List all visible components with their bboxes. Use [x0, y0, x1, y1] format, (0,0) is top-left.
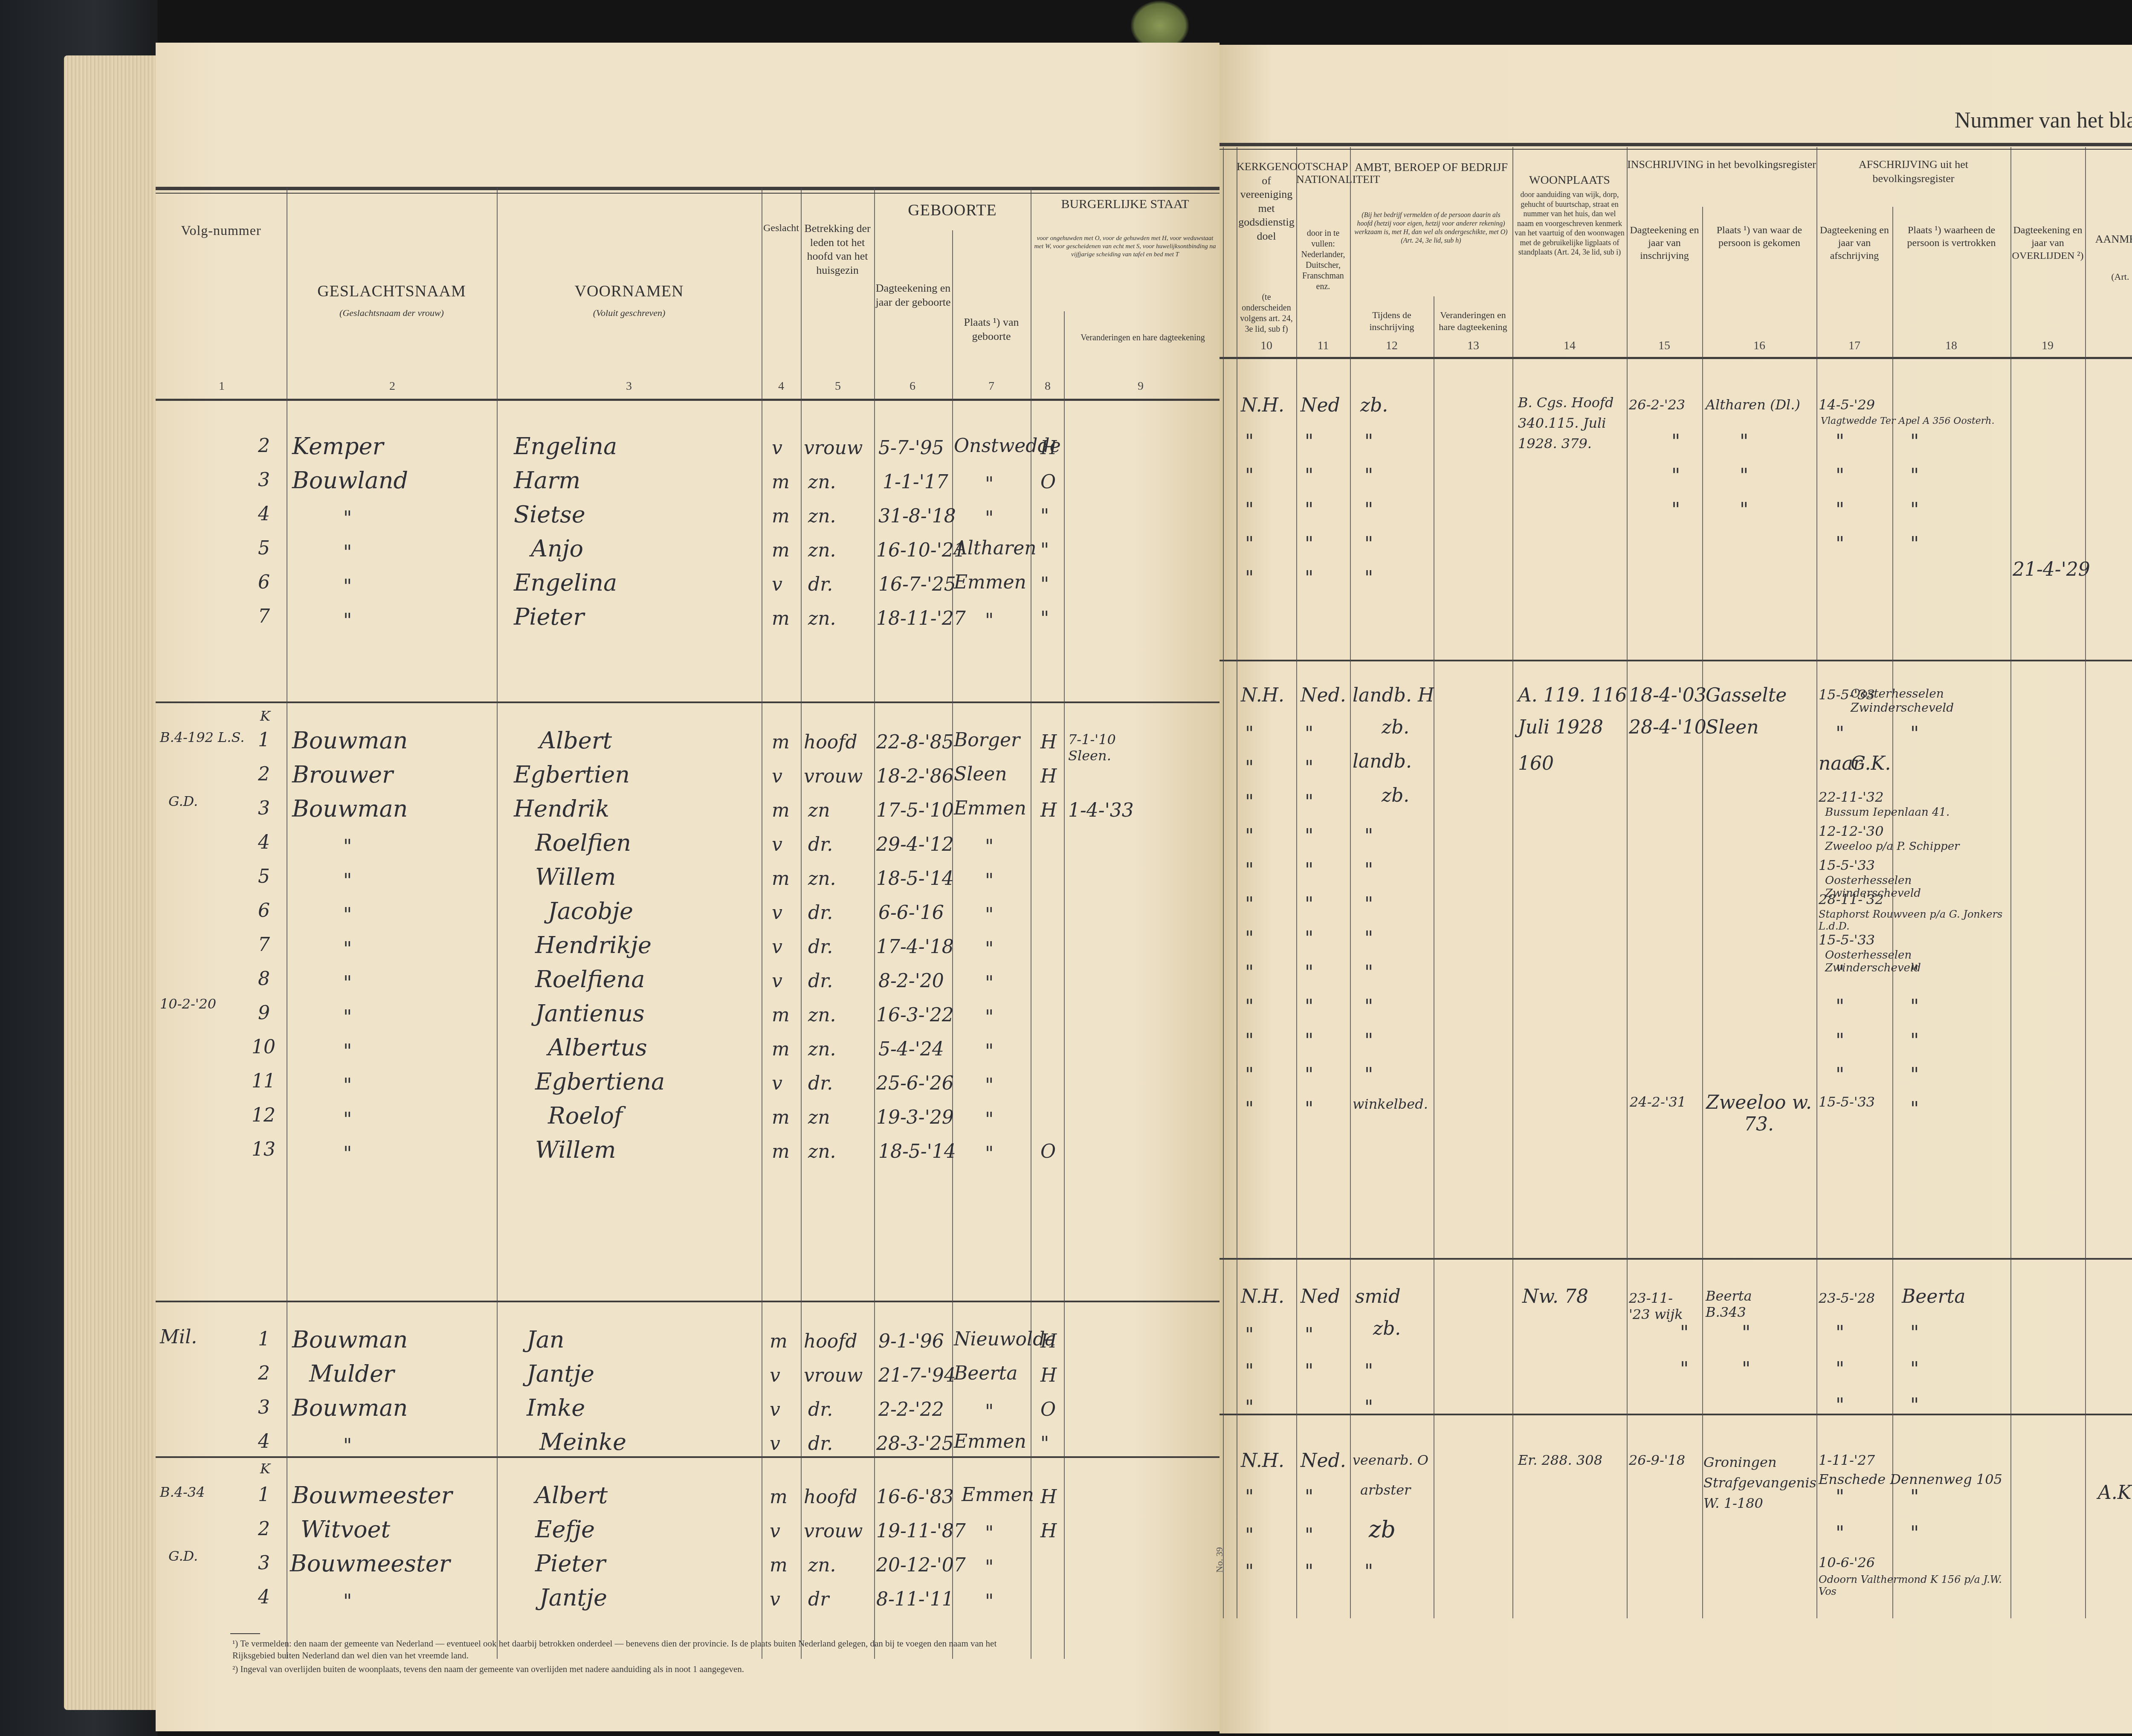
col-number: 5	[821, 380, 855, 393]
nationality: "	[1305, 1098, 1313, 1120]
header-top-rule	[1220, 143, 2132, 146]
header-group-ambt: AMBT, BEROEP OF BEDRIJF	[1350, 160, 1512, 175]
afschrijving-to: "	[1910, 1098, 1919, 1120]
birth-date: 2-2-'22	[878, 1399, 944, 1420]
occupation: zb	[1369, 1516, 1396, 1543]
sex: m	[772, 731, 790, 753]
relation: zn.	[808, 1554, 836, 1576]
relation: vrouw	[804, 1365, 863, 1386]
family-marker: K	[260, 708, 270, 724]
nationality: Ned	[1301, 1286, 1340, 1307]
header-col-20-sub: (Art. 24, 5e lid)	[2085, 271, 2132, 283]
death-column-note: A.K.	[2098, 1482, 2132, 1504]
nationality: "	[1305, 996, 1313, 1017]
occupation: "	[1364, 962, 1373, 983]
sex: v	[770, 1520, 780, 1542]
civil-status: H	[1040, 437, 1057, 459]
col-number: 11	[1306, 339, 1340, 353]
relation: dr.	[808, 902, 833, 924]
header-col-2: GESLACHTSNAAM	[287, 281, 497, 302]
church: "	[1245, 859, 1254, 881]
afschrijving-date: "	[1836, 1486, 1844, 1508]
nationality: "	[1305, 1524, 1313, 1546]
birth-date: 31-8-'18	[878, 505, 956, 527]
occupation: "	[1364, 825, 1373, 847]
col-divider	[1296, 147, 1297, 1618]
church: "	[1245, 1486, 1254, 1508]
col-number: 15	[1647, 339, 1681, 353]
address: B. Cgs. Hoofd 340.115. Juli 1928. 379.	[1518, 392, 1622, 454]
nationality: "	[1305, 859, 1313, 881]
afschrijving-to: "	[1910, 1522, 1919, 1544]
row-number: 8	[258, 968, 270, 990]
col-divider	[1434, 296, 1434, 1618]
inschrijving-from: "	[1740, 465, 1748, 487]
col-number: 19	[2031, 339, 2065, 353]
surname: "	[343, 542, 352, 563]
relation: dr.	[808, 1433, 833, 1455]
inschrijving-date: 26-9-'18	[1629, 1452, 1685, 1468]
occupation: "	[1364, 1064, 1373, 1086]
surname: "	[343, 1109, 352, 1130]
margin-note: B.4-34	[160, 1484, 205, 1500]
occupation: zb.	[1360, 394, 1388, 416]
inschrijving-date: "	[1671, 465, 1680, 487]
relation: dr	[808, 1588, 829, 1610]
row-number: 1	[258, 1484, 270, 1506]
occupation: arbster	[1360, 1482, 1411, 1498]
header-col-4: Geslacht	[762, 222, 801, 235]
church: "	[1245, 465, 1254, 487]
nationality: "	[1305, 1064, 1313, 1086]
relation: zn.	[808, 505, 836, 527]
header-col-6: Dagteekening en jaar der geboorte	[874, 281, 952, 309]
inschrijving-date: "	[1680, 1358, 1689, 1380]
nationality: "	[1305, 1561, 1313, 1582]
sex: v	[772, 765, 782, 787]
relation: dr.	[808, 834, 833, 855]
col-number: 7	[974, 380, 1008, 393]
birth-place: "	[985, 870, 994, 892]
birth-date: 16-10-'21	[876, 539, 966, 561]
afschrijving-to: "	[1910, 962, 1919, 983]
row-number: 4	[258, 503, 270, 525]
margin-note: G.D.	[168, 1548, 198, 1564]
sex: m	[772, 868, 790, 890]
row-number: 3	[258, 469, 270, 491]
birth-date: 16-3-'22	[876, 1004, 954, 1026]
header-top-rule-thin	[156, 193, 1220, 194]
given-names: Egbertien	[514, 761, 630, 788]
nationality: "	[1305, 1486, 1313, 1508]
inschrijving-from: "	[1742, 1358, 1750, 1380]
relation: dr.	[808, 1072, 833, 1094]
footnote-2: ²) Ingeval van overlijden buiten de woon…	[232, 1663, 1000, 1675]
church: "	[1245, 1064, 1254, 1086]
col-divider	[1816, 147, 1817, 1618]
civil-status: "	[1040, 608, 1049, 629]
occupation: "	[1364, 533, 1373, 555]
given-names: Eefje	[535, 1516, 595, 1543]
afschrijving-to: "	[1910, 533, 1919, 555]
row-number: 4	[258, 1586, 270, 1608]
relation: dr.	[808, 970, 833, 992]
relation: dr.	[808, 574, 833, 595]
header-col-16: Plaats ¹) van waar de persoon is gekomen	[1702, 224, 1816, 249]
address: Juli 1928	[1518, 716, 1603, 738]
given-names: Albertus	[548, 1034, 647, 1061]
row-number: 7	[258, 934, 270, 956]
sex: m	[772, 1038, 790, 1060]
page-number-label: Nummer van het blad	[1923, 107, 2132, 134]
nationality: "	[1305, 567, 1313, 589]
row-number: 9	[258, 1002, 270, 1024]
row-number: 12	[252, 1104, 275, 1126]
family-marker: K	[260, 1461, 270, 1477]
right-page: Nummer van het blad KERKGENOOTSCHAP of v…	[1220, 45, 2132, 1733]
sex: v	[770, 1365, 780, 1386]
occupation: zb.	[1382, 716, 1409, 738]
row-number: 5	[258, 866, 270, 887]
birth-date: 20-12-'07	[876, 1554, 966, 1576]
surname: "	[343, 1591, 352, 1612]
church: "	[1245, 757, 1254, 779]
inschrijving-date: "	[1680, 1322, 1689, 1344]
given-names: Jantje	[527, 1360, 594, 1387]
given-names: Engelina	[514, 569, 617, 596]
row-number: 4	[258, 832, 270, 853]
given-names: Jan	[527, 1326, 565, 1353]
page-stamp: No. 39	[1214, 1547, 1225, 1573]
sex: m	[772, 800, 790, 821]
nationality: "	[1305, 723, 1313, 745]
inschrijving-date: 23-11-'23 wijk	[1629, 1290, 1684, 1322]
nationality: "	[1305, 757, 1313, 779]
household-separator-2	[156, 1301, 1220, 1302]
civil-status: O	[1040, 1399, 1056, 1420]
inschrijving-from: Zweeloo w. 73.	[1706, 1092, 1812, 1135]
surname: "	[343, 576, 352, 597]
civil-status-change: 7-1-'10 Sleen.	[1068, 731, 1132, 764]
header-col-11: NATIONALITEIT	[1296, 173, 1350, 187]
birth-date: 19-11-'87	[876, 1520, 966, 1542]
nationality: Ned	[1301, 394, 1340, 416]
col-number: 8	[1031, 380, 1065, 393]
afschrijving-date: "	[1836, 723, 1844, 745]
col-divider	[2085, 147, 2086, 1618]
header-burgerlijke-staat-note: voor ongehuwden met O, voor de gehuwden …	[1032, 235, 1218, 258]
header-bottom-rule	[156, 399, 1220, 401]
sex: m	[772, 539, 790, 561]
church: "	[1245, 1360, 1254, 1382]
afschrijving-to: Odoorn Valthermond K 156 p/a J.W. Vos	[1819, 1574, 2019, 1597]
surname: Bouwland	[292, 467, 408, 494]
margin-note: B.4-192 L.S.	[160, 729, 244, 745]
occupation: "	[1364, 567, 1373, 589]
row-number: 3	[258, 1397, 270, 1418]
inschrijving-from: "	[1740, 431, 1748, 452]
col-number: 12	[1375, 339, 1409, 353]
surname: Brouwer	[292, 761, 393, 788]
birth-place: "	[985, 1556, 994, 1578]
afschrijving-to: "	[1910, 1394, 1919, 1416]
surname: Bouwmeester	[290, 1550, 450, 1577]
inschrijving-from: Gasselte	[1706, 684, 1787, 706]
col-divider	[801, 188, 802, 1659]
birth-date: 5-7-'95	[878, 437, 944, 459]
surname: "	[343, 1006, 352, 1028]
header-col-9: Veranderingen en hare dagteekening	[1068, 333, 1217, 343]
given-names: Jacobje	[548, 898, 633, 925]
inschrijving-date: 24-2-'31	[1630, 1094, 1686, 1110]
given-names: Albert	[535, 1482, 608, 1509]
birth-place: Emmen	[954, 1431, 1026, 1452]
header-col-11-sub: door in te vullen: Nederlander, Duitsche…	[1296, 228, 1350, 292]
nationality: "	[1305, 927, 1313, 949]
afschrijving-date: "	[1836, 1030, 1844, 1052]
birth-place: Beerta	[954, 1362, 1017, 1384]
afschrijving-date: "	[1836, 1394, 1844, 1416]
surname: Bouwman	[292, 795, 408, 822]
header-col-3-sub: (Voluit geschreven)	[497, 307, 762, 319]
inschrijving-from: Groningen Strafgevangenis W. 1-180	[1703, 1452, 1814, 1513]
birth-place: "	[985, 610, 994, 632]
sex: v	[772, 1072, 782, 1094]
surname: "	[343, 610, 352, 632]
civil-status: H	[1040, 800, 1057, 821]
header-col-15: Dagteekening en jaar van inschrijving	[1627, 224, 1702, 262]
afschrijving-date: 12-12-'30	[1819, 823, 1884, 839]
civil-status: "	[1040, 505, 1049, 527]
col-number: 16	[1742, 339, 1776, 353]
col-divider	[1702, 207, 1703, 1618]
afschrijving-date: "	[1836, 1522, 1844, 1544]
birth-place: "	[985, 972, 994, 994]
row-number: 5	[258, 537, 270, 559]
nationality: Ned.	[1301, 684, 1346, 706]
birth-place: "	[985, 1591, 994, 1612]
church: "	[1245, 962, 1254, 983]
col-number: 13	[1456, 339, 1490, 353]
birth-date: 28-3-'25	[876, 1433, 954, 1455]
occupation: landb.	[1353, 751, 1412, 772]
surname: Kemper	[292, 433, 383, 460]
birth-date: 16-6-'83	[876, 1486, 954, 1508]
afschrijving-to: Beerta	[1902, 1286, 1965, 1307]
header-top-rule-thin	[1220, 149, 2132, 150]
row-number: 13	[252, 1139, 275, 1160]
afschrijving-date: "	[1836, 1358, 1844, 1380]
birth-place: "	[985, 904, 994, 926]
nationality: "	[1305, 465, 1313, 487]
nationality: "	[1305, 791, 1313, 813]
afschrijving-date: 23-5-'28	[1819, 1290, 1875, 1306]
birth-place: "	[985, 1040, 994, 1062]
birth-place: "	[985, 836, 994, 858]
sex: m	[772, 608, 790, 629]
col-number: 2	[375, 380, 409, 393]
given-names: Roelof	[548, 1102, 623, 1129]
birth-place: "	[985, 1109, 994, 1130]
relation: dr.	[808, 936, 833, 958]
relation: vrouw	[804, 437, 863, 459]
relation: vrouw	[804, 765, 863, 787]
afschrijving-to: Enschede Dennenweg 105	[1819, 1471, 2015, 1487]
address: Nw. 78	[1522, 1286, 1588, 1307]
row-number: 1	[258, 1328, 270, 1350]
header-col-14-sub: door aanduiding van wijk, dorp, gehucht …	[1515, 190, 1625, 257]
sex: v	[770, 1588, 780, 1610]
birth-date: 8-11-'11	[876, 1588, 954, 1610]
relation: zn.	[808, 1038, 836, 1060]
birth-place: "	[985, 1075, 994, 1096]
row-number: 3	[258, 1552, 270, 1574]
church: N.H.	[1241, 1286, 1284, 1307]
occupation: zb.	[1373, 1318, 1401, 1339]
given-names: Pieter	[514, 603, 584, 630]
afschrijving-to: G.K.	[1851, 753, 1891, 774]
occupation: "	[1364, 1397, 1373, 1418]
occupation: "	[1364, 1360, 1373, 1382]
birth-place: Emmen	[954, 797, 1026, 819]
civil-status: "	[1040, 1433, 1049, 1455]
header-col-14: WOONPLAATS	[1512, 173, 1627, 188]
surname: "	[343, 836, 352, 858]
col-divider	[287, 188, 287, 1659]
surname: "	[343, 507, 352, 529]
address: Er. 288. 308	[1518, 1452, 1602, 1468]
afschrijving-to: Staphorst Rouwveen p/a G. Jonkers L.d.D.	[1819, 908, 2015, 932]
given-names: Jantienus	[535, 1000, 645, 1027]
row-number: 2	[258, 435, 270, 457]
relation: zn.	[808, 471, 836, 493]
row-number: 6	[258, 900, 270, 922]
church: N.H.	[1241, 394, 1284, 416]
birth-place: "	[985, 507, 994, 529]
sex: v	[772, 574, 782, 595]
left-page: Volg-nummer GESLACHTSNAAM (Geslachtsnaam…	[156, 43, 1220, 1731]
given-names: Anjo	[531, 535, 583, 562]
afschrijving-to: "	[1910, 465, 1919, 487]
col-number: 18	[1934, 339, 1968, 353]
birth-date: 18-5-'14	[876, 868, 954, 890]
afschrijving-date: 28-11-'32	[1819, 891, 1884, 907]
given-names: Egbertiena	[535, 1068, 665, 1095]
nationality: "	[1305, 533, 1313, 555]
row-number: 2	[258, 1518, 270, 1540]
surname: "	[343, 870, 352, 892]
birth-place: "	[985, 1006, 994, 1028]
birth-place: Sleen	[954, 763, 1007, 785]
given-names: Hendrik	[514, 795, 609, 822]
margin-note: G.D.	[168, 793, 198, 809]
afschrijving-to: "	[1910, 1064, 1919, 1086]
sex: v	[770, 1433, 780, 1455]
margin-note: Mil.	[160, 1326, 197, 1348]
church: "	[1245, 1561, 1254, 1582]
household-separator-2	[1220, 1258, 2132, 1260]
col-divider	[1237, 147, 1237, 1618]
afschrijving-to: "	[1910, 1358, 1919, 1380]
afschrijving-date: "	[1836, 1064, 1844, 1086]
row-number: 7	[258, 606, 270, 627]
afschrijving-to: "	[1910, 1322, 1919, 1344]
afschrijving-date: 1-11-'27	[1819, 1452, 1875, 1468]
given-names: Sietse	[514, 501, 585, 528]
header-group-afschrijving: AFSCHRIJVING uit het bevolkingsregister	[1816, 158, 2010, 185]
sex: m	[772, 505, 790, 527]
birth-date: 22-8-'85	[876, 731, 954, 753]
col-divider	[874, 188, 875, 1659]
afschrijving-to: "	[1910, 723, 1919, 745]
nationality: "	[1305, 431, 1313, 452]
death-date: 21-4-'29	[2013, 559, 2090, 580]
relation: zn.	[808, 539, 836, 561]
given-names: Imke	[527, 1394, 585, 1421]
afschrijving-to: Bussum Iepenlaan 41.	[1825, 806, 1996, 819]
afschrijving-date: "	[1836, 962, 1844, 983]
afschrijving-date: 15-5-'33	[1819, 932, 1875, 948]
col-number: 3	[612, 380, 646, 393]
birth-date: 8-2-'20	[878, 970, 944, 992]
relation: zn.	[808, 1141, 836, 1162]
col-divider	[1350, 147, 1351, 1618]
occupation: "	[1364, 431, 1373, 452]
given-names: Meinke	[539, 1429, 626, 1455]
relation: hoofd	[804, 1330, 857, 1352]
header-col-2-sub: (Geslachtsnaam der vrouw)	[287, 307, 497, 319]
header-col-10-sub: (te onderscheiden volgens art. 24, 3e li…	[1237, 292, 1296, 335]
afschrijving-date: 15-5-'33	[1819, 1094, 1875, 1110]
church: N.H.	[1241, 1450, 1284, 1472]
page-edges	[64, 55, 158, 1710]
relation: hoofd	[804, 1486, 857, 1508]
civil-status: "	[1040, 539, 1049, 561]
occupation: zb.	[1382, 785, 1409, 806]
civil-status: H	[1040, 731, 1057, 753]
header-col-12: Tijdens de inschrijving	[1350, 309, 1434, 333]
header-col-10: KERKGENOOTSCHAP of vereeniging met godsd…	[1237, 160, 1296, 243]
sex: m	[770, 1554, 788, 1576]
col-number: 6	[895, 380, 930, 393]
footnote-rule	[230, 1633, 260, 1634]
header-bottom-rule	[1220, 357, 2132, 359]
header-top-rule	[156, 187, 1220, 190]
afschrijving-date: 15-5-'33	[1819, 857, 1875, 873]
civil-status: O	[1040, 1141, 1056, 1162]
row-number: 2	[258, 1362, 270, 1384]
occupation: "	[1364, 927, 1373, 949]
church: "	[1245, 1397, 1254, 1418]
header-col-1: Volg-nummer	[156, 222, 287, 239]
birth-date: 18-11-'27	[876, 608, 966, 629]
birth-place: "	[985, 938, 994, 960]
col-number: 4	[764, 380, 798, 393]
civil-status: "	[1040, 574, 1049, 595]
church: "	[1245, 567, 1254, 589]
sex: m	[772, 1107, 790, 1128]
given-names: Jantje	[539, 1584, 607, 1611]
inschrijving-date: "	[1671, 431, 1680, 452]
surname: "	[343, 972, 352, 994]
church: "	[1245, 927, 1254, 949]
church: "	[1245, 723, 1254, 745]
nationality: "	[1305, 893, 1313, 915]
col-number: 9	[1124, 380, 1158, 393]
birth-place: "	[985, 1401, 994, 1423]
household-separator-3	[1220, 1414, 2132, 1415]
col-number: 1	[205, 380, 239, 393]
